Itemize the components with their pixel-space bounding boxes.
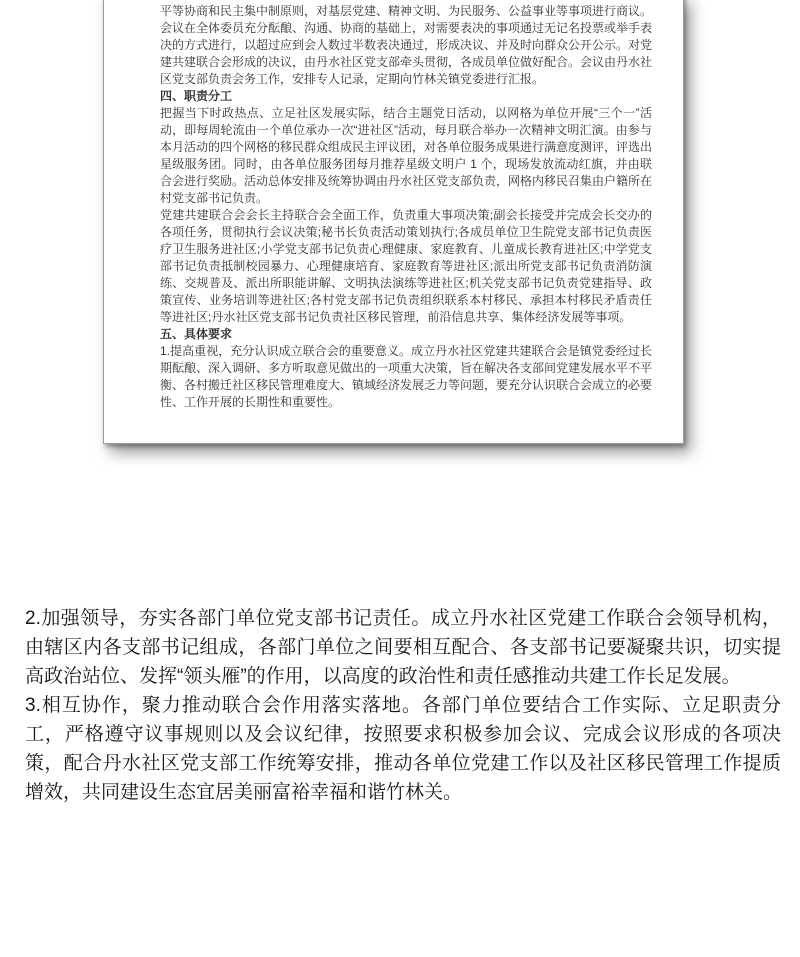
doc-paragraph-4: 1.提高重视，充分认识成立联合会的重要意义。成立丹水社区党建共建联合会是镇党委经… (160, 343, 652, 411)
doc-paragraph-1: 平等协商和民主集中制原则，对基层党建、精神文明、为民服务、公益事业等事项进行商议… (160, 3, 652, 88)
doc-paragraph-3: 党建共建联合会会长主持联合会全面工作，负责重大事项决策;副会长接受并完成会长交办… (160, 207, 652, 326)
doc-heading-section-5: 五、具体要求 (160, 326, 652, 343)
doc-heading-section-4: 四、职责分工 (160, 88, 652, 105)
doc-paragraph-2: 把握当下时政热点、立足社区发展实际，结合主题党日活动，以网格为单位开展“三个一”… (160, 105, 652, 207)
article-paragraph-3: 3.相互协作，聚力推动联合会作用落实落地。各部门单位要结合工作实际、立足职责分工… (25, 691, 781, 807)
document-preview-image: 平等协商和民主集中制原则，对基层党建、精神文明、为民服务、公益事业等事项进行商议… (103, 0, 684, 444)
page-background: 平等协商和民主集中制原则，对基层党建、精神文明、为民服务、公益事业等事项进行商议… (0, 0, 800, 957)
article-paragraph-2: 2.加强领导，夯实各部门单位党支部书记责任。成立丹水社区党建工作联合会领导机构，… (25, 604, 781, 691)
article-body: 2.加强领导，夯实各部门单位党支部书记责任。成立丹水社区党建工作联合会领导机构，… (25, 604, 781, 807)
